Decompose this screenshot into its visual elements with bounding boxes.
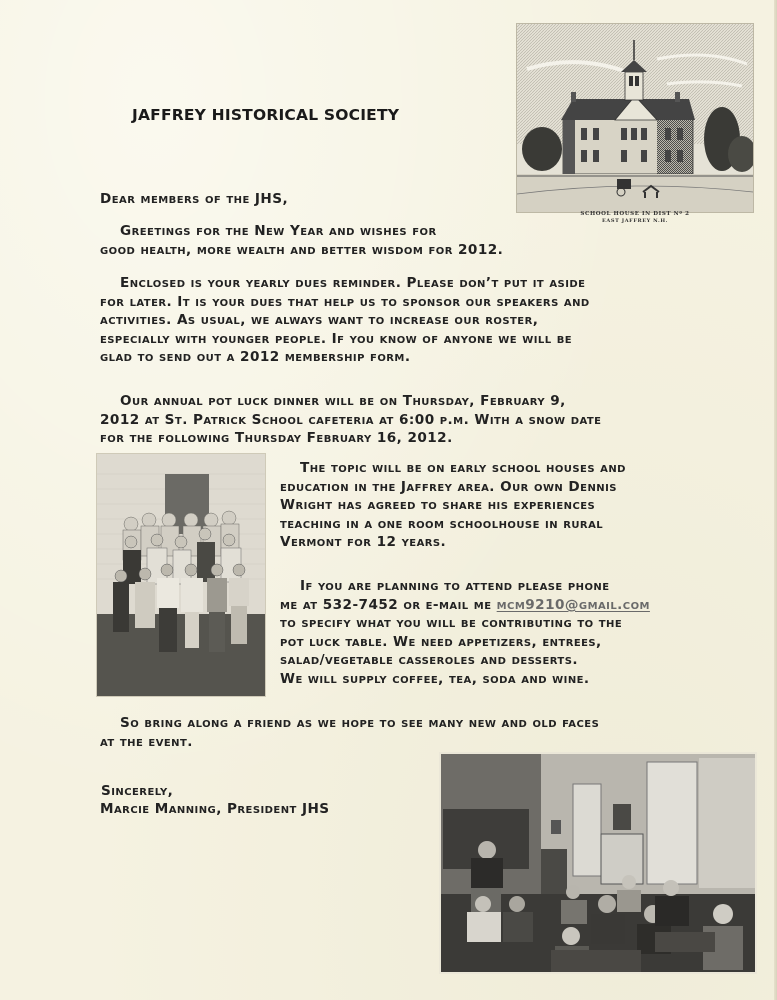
topic-paragraph: The topic will be on early school houses… (280, 459, 626, 552)
greeting-line: good health, more wealth and better wisd… (100, 242, 503, 258)
dues-line: for later. It is your dues that help us … (100, 293, 590, 312)
topic-line: teaching in a one room schoolhouse in ru… (280, 515, 626, 534)
greeting-paragraph: Greetings for the New Year and wishes fo… (100, 222, 503, 259)
rsvp-line: We will supply coffee, tea, soda and win… (280, 670, 650, 689)
email-link[interactable]: mcm9210@gmail.com (497, 597, 650, 613)
dinner-line: for the following Thursday February 16, … (100, 429, 601, 448)
rsvp-line: me at 532-7452 or e-mail me (280, 597, 497, 613)
dues-line: especially with younger people. If you k… (100, 330, 590, 349)
rsvp-line: pot luck table. We need appetizers, entr… (280, 633, 650, 652)
topic-line: The topic will be on early school houses… (300, 460, 626, 476)
greeting-line: Greetings for the New Year and wishes fo… (120, 223, 437, 239)
rsvp-paragraph: If you are planning to attend please pho… (280, 577, 650, 688)
topic-line: Vermont for 12 years. (280, 533, 626, 552)
dinner-paragraph: Our annual pot luck dinner will be on Th… (100, 392, 601, 448)
closing-line: at the event. (100, 733, 599, 752)
dues-line: Enclosed is your yearly dues reminder. P… (120, 275, 585, 291)
engraving-caption-location: EAST JAFFREY N.H. (517, 218, 753, 224)
dinner-line: Our annual pot luck dinner will be on Th… (120, 393, 566, 409)
rsvp-line: If you are planning to attend please pho… (300, 578, 610, 594)
closing-paragraph: So bring along a friend as we hope to se… (100, 714, 599, 751)
schoolhouse-icon (517, 24, 753, 212)
rsvp-line: salad/vegetable casseroles and desserts. (280, 651, 650, 670)
closing-line: So bring along a friend as we hope to se… (120, 715, 599, 731)
page-title: JAFFREY HISTORICAL SOCIETY (132, 106, 399, 124)
classroom-photo-image (441, 754, 755, 972)
classroom-photo (441, 754, 755, 972)
dues-line: glad to send out a 2012 membership form. (100, 348, 590, 367)
rsvp-line: to specify what you will be contributing… (280, 614, 650, 633)
dues-paragraph: Enclosed is your yearly dues reminder. P… (100, 274, 590, 367)
signoff: Sincerely, (101, 782, 173, 801)
salutation: Dear members of the JHS, (100, 190, 288, 209)
schoolchildren-group-photo (97, 454, 265, 696)
topic-line: education in the Jaffrey area. Our own D… (280, 478, 626, 497)
topic-line: Wright has agreed to share his experienc… (280, 496, 626, 515)
dues-line: activities. As usual, we always want to … (100, 311, 590, 330)
schoolhouse-engraving-image (517, 24, 753, 212)
engraving-caption-title: SCHOOL HOUSE IN DIST Nº 2 (517, 211, 753, 217)
dinner-line: 2012 at St. Patrick School cafeteria at … (100, 411, 601, 430)
group-photo-image (97, 454, 265, 696)
signature: Marcie Manning, President JHS (100, 800, 330, 819)
